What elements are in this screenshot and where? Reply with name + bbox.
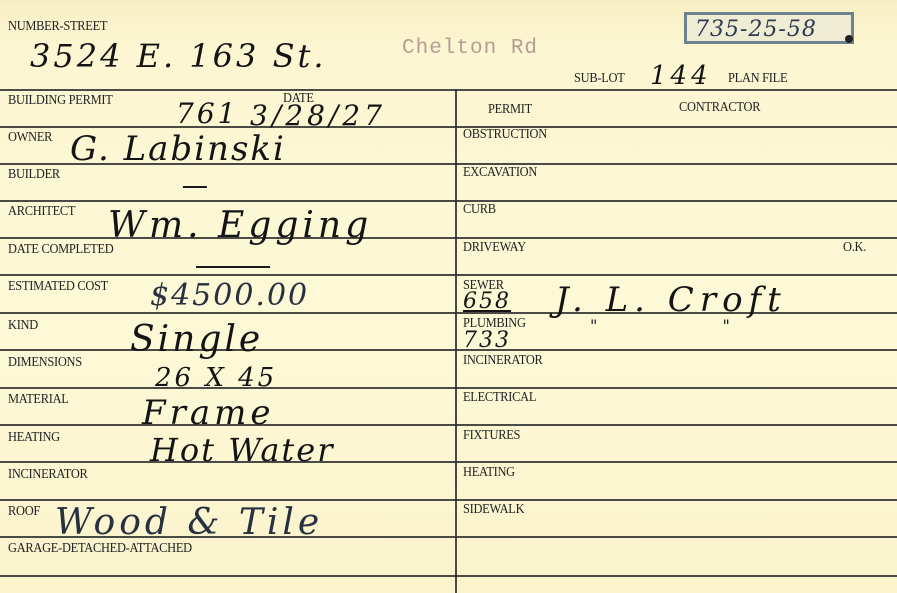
date-completed-dash	[196, 266, 270, 268]
rule	[0, 424, 897, 426]
material-value: Frame	[142, 396, 274, 430]
architect-label: ARCHITECT	[8, 204, 75, 218]
kind-label: KIND	[8, 318, 38, 332]
curb-label: CURB	[463, 202, 496, 216]
sewer-permit-no: 658	[463, 291, 511, 313]
rule	[0, 387, 897, 389]
plumbing-contractor-ditto: " "	[590, 318, 790, 334]
dimensions-label: DIMENSIONS	[8, 355, 82, 369]
rule	[0, 200, 897, 202]
architect-value: Wm. Egging	[108, 208, 372, 244]
rule	[0, 274, 897, 276]
rule	[0, 89, 897, 91]
obstruction-label: OBSTRUCTION	[463, 127, 547, 141]
number-street-label: NUMBER-STREET	[8, 19, 107, 33]
kind-value: Single	[130, 322, 263, 358]
address-stamp: Chelton Rd	[402, 38, 538, 59]
owner-value: G. Labinski	[70, 132, 286, 166]
card-number-box: 735-25-58	[684, 12, 854, 44]
contractor-column-header: CONTRACTOR	[679, 100, 760, 114]
dimensions-value: 26 X 45	[155, 365, 277, 391]
driveway-note: O.K.	[843, 240, 866, 254]
ink-dot	[845, 35, 853, 43]
rule	[0, 575, 897, 577]
sub-lot-label: SUB-LOT	[574, 71, 625, 85]
builder-label: BUILDER	[8, 167, 60, 181]
sub-lot-value: 144	[650, 63, 712, 89]
permit-column-header: PERMIT	[488, 102, 532, 116]
sewer-contractor: J. L. Croft	[555, 283, 787, 317]
plan-file-label: PLAN FILE	[728, 71, 787, 85]
rule	[0, 461, 897, 463]
building-permit-value: 761	[176, 100, 238, 128]
permit-card: NUMBER-STREET 3524 E. 163 St. Chelton Rd…	[0, 0, 897, 593]
roof-label: ROOF	[8, 504, 40, 518]
garage-label: GARAGE-DETACHED-ATTACHED	[8, 541, 192, 555]
heating-label: HEATING	[8, 430, 60, 444]
estimated-cost-label: ESTIMATED COST	[8, 279, 108, 293]
electrical-label: ELECTRICAL	[463, 390, 536, 404]
column-divider	[455, 89, 457, 593]
address-handwritten: 3524 E. 163 St.	[30, 40, 327, 72]
excavation-label: EXCAVATION	[463, 165, 537, 179]
date-value: 3/28/27	[250, 102, 386, 130]
incinerator-permit-label: INCINERATOR	[463, 353, 543, 367]
heating-permit-label: HEATING	[463, 465, 515, 479]
material-label: MATERIAL	[8, 392, 69, 406]
sidewalk-label: SIDEWALK	[463, 502, 524, 516]
estimated-cost-value: $4500.00	[150, 281, 309, 311]
heating-value: Hot Water	[150, 434, 334, 466]
owner-label: OWNER	[8, 130, 52, 144]
card-number: 735-25-58	[695, 17, 817, 42]
plumbing-permit-no: 733	[463, 330, 511, 352]
incinerator-label: INCINERATOR	[8, 467, 88, 481]
builder-value-dash	[183, 186, 207, 188]
roof-value: Wood & Tile	[55, 505, 323, 541]
driveway-label: DRIVEWAY	[463, 240, 526, 254]
building-permit-label: BUILDING PERMIT	[8, 93, 113, 107]
rule	[0, 499, 897, 501]
date-completed-label: DATE COMPLETED	[8, 242, 113, 256]
fixtures-label: FIXTURES	[463, 428, 520, 442]
rule	[0, 126, 897, 128]
